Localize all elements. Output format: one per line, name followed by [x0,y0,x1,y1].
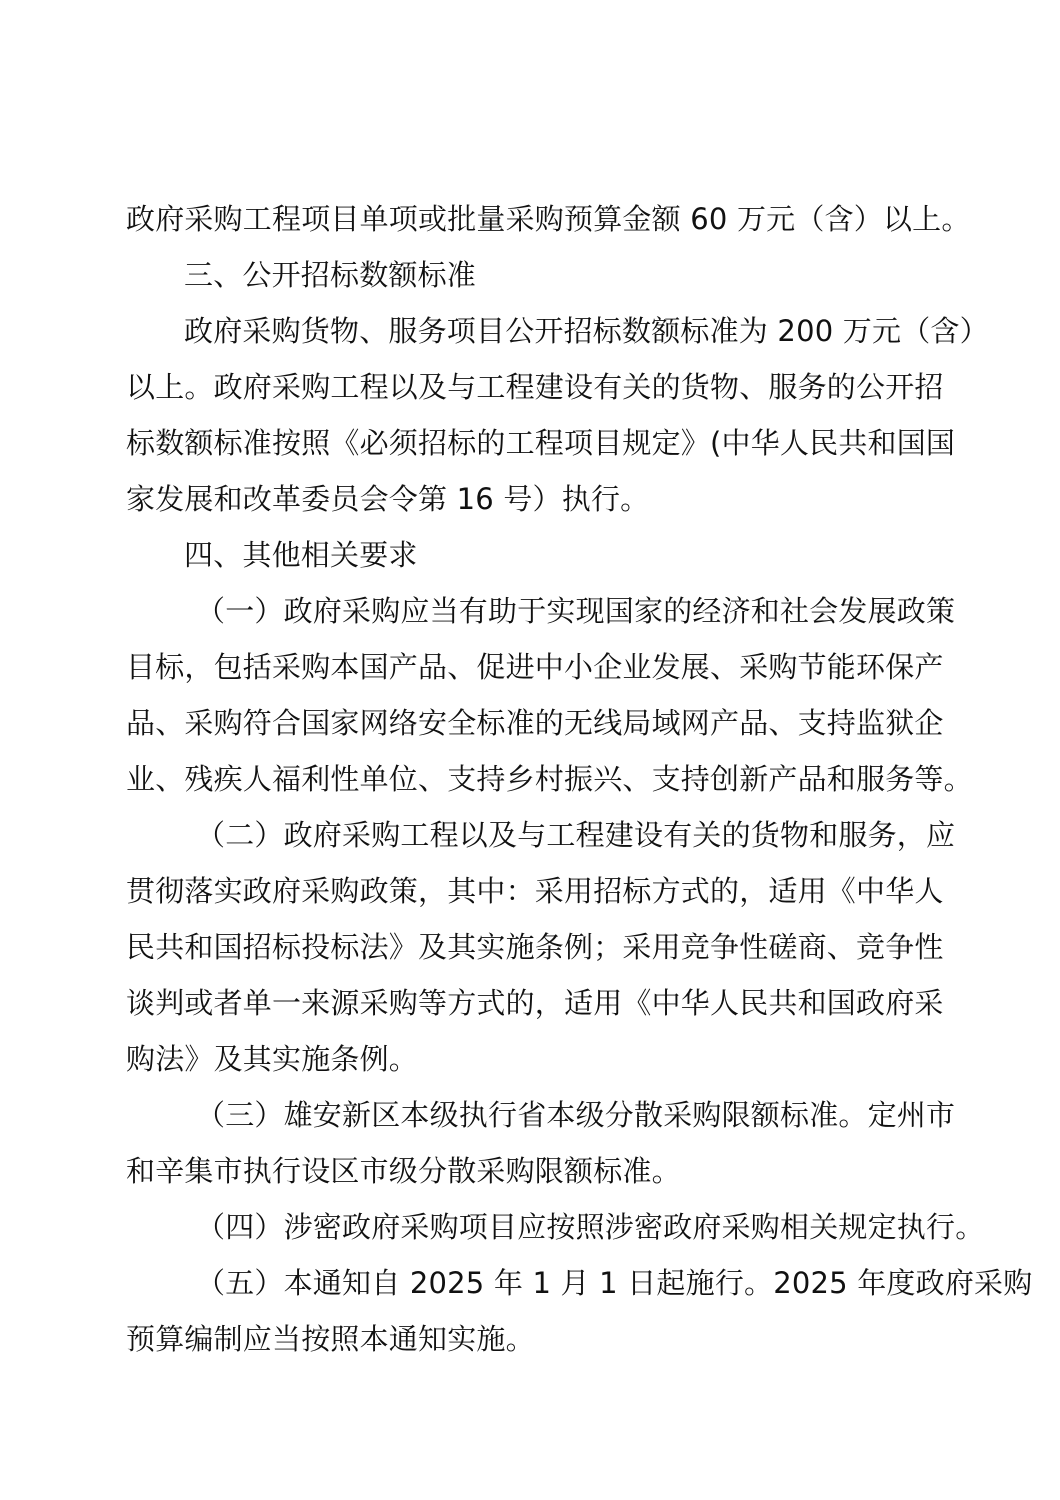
list-item-5-line: 预算编制应当按照本通知实施。 [126,1319,938,1359]
paragraph-line: 标数额标准按照《必须招标的工程项目规定》(中华人民共和国国 [126,423,938,463]
section-heading-other-requirements: 四、其他相关要求 [184,535,938,575]
paragraph-line: 政府采购货物、服务项目公开招标数额标准为 200 万元（含） [184,311,938,351]
list-item-2-line: 购法》及其实施条例。 [126,1039,938,1079]
list-item-1-line: 目标，包括采购本国产品、促进中小企业发展、采购节能环保产 [126,647,938,687]
paragraph-line: 家发展和改革委员会令第 16 号）执行。 [126,479,938,519]
list-item-4-line: （四）涉密政府采购项目应按照涉密政府采购相关规定执行。 [196,1207,938,1247]
list-item-5-line: （五）本通知自 2025 年 1 月 1 日起施行。2025 年度政府采购 [196,1263,938,1303]
list-item-3-line: 和辛集市执行设区市级分散采购限额标准。 [126,1151,938,1191]
list-item-1-line: （一）政府采购应当有助于实现国家的经济和社会发展政策 [196,591,938,631]
document-page: 政府采购工程项目单项或批量采购预算金额 60 万元（含）以上。 三、公开招标数额… [0,0,1060,1500]
list-item-2-line: （二）政府采购工程以及与工程建设有关的货物和服务，应 [196,815,938,855]
paragraph-line: 以上。政府采购工程以及与工程建设有关的货物、服务的公开招 [126,367,938,407]
list-item-2-line: 谈判或者单一来源采购等方式的，适用《中华人民共和国政府采 [126,983,938,1023]
list-item-3-line: （三）雄安新区本级执行省本级分散采购限额标准。定州市 [196,1095,938,1135]
paragraph-continuation-line: 政府采购工程项目单项或批量采购预算金额 60 万元（含）以上。 [126,199,938,239]
list-item-1-line: 业、残疾人福利性单位、支持乡村振兴、支持创新产品和服务等。 [126,759,938,799]
list-item-2-line: 民共和国招标投标法》及其实施条例；采用竞争性磋商、竞争性 [126,927,938,967]
list-item-2-line: 贯彻落实政府采购政策，其中：采用招标方式的，适用《中华人 [126,871,938,911]
list-item-1-line: 品、采购符合国家网络安全标准的无线局域网产品、支持监狱企 [126,703,938,743]
section-heading-public-tender-threshold: 三、公开招标数额标准 [184,255,938,295]
